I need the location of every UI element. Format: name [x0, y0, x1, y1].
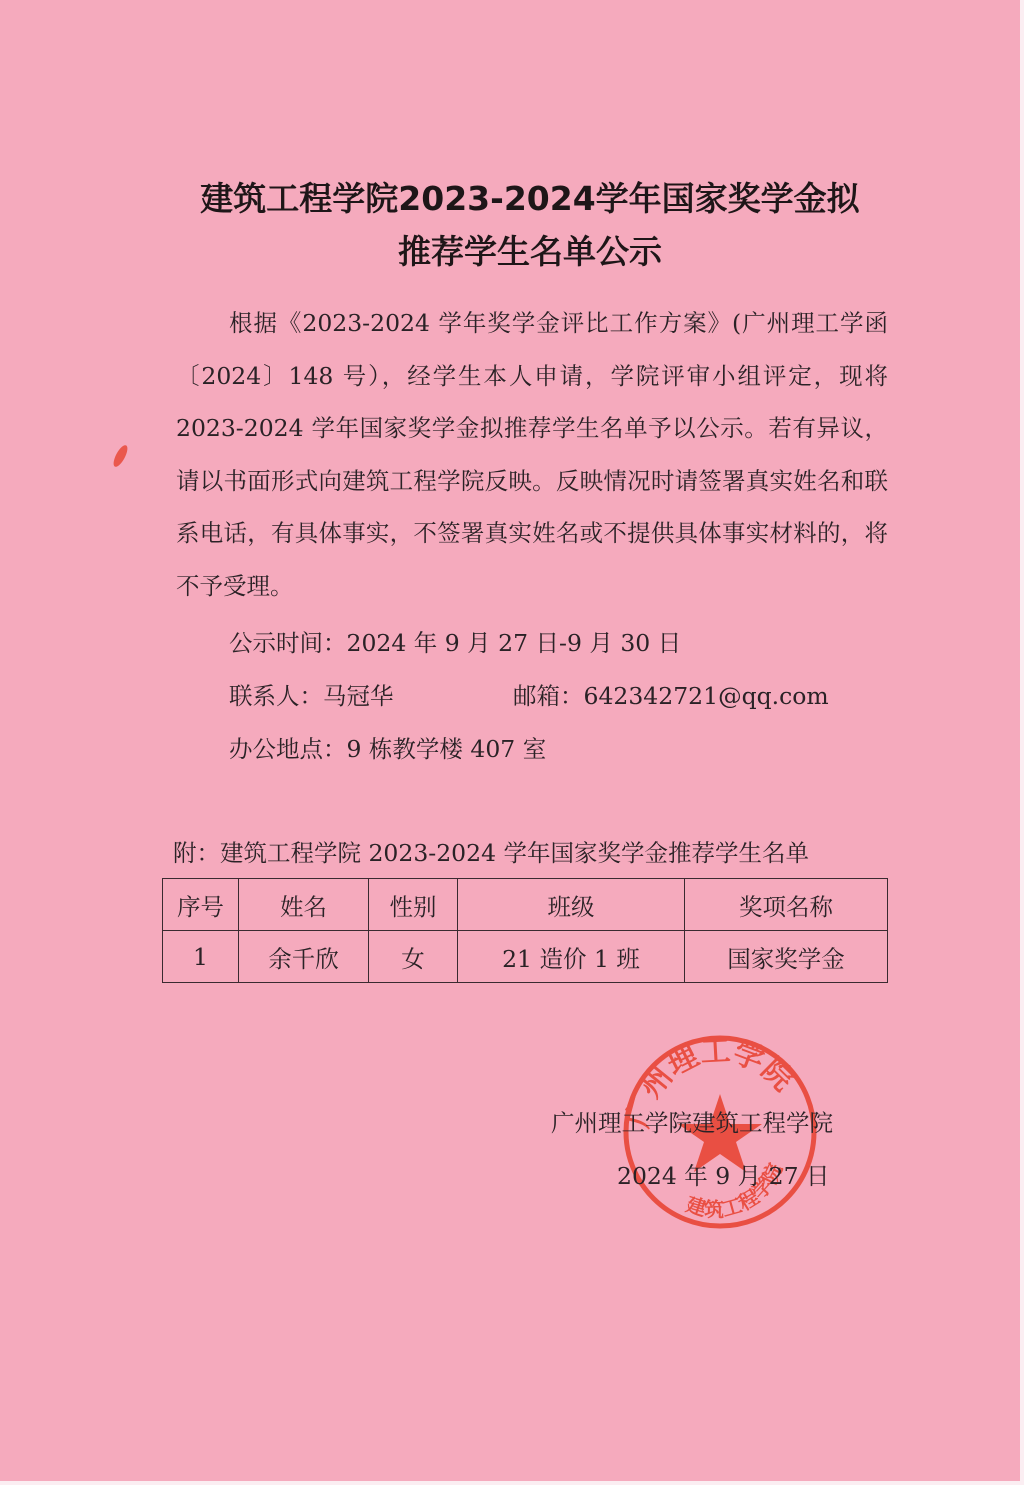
document-page: 建筑工程学院2023-2024学年国家奖学金拟 推荐学生名单公示 根据《2023…	[0, 0, 1020, 1481]
cell-name: 余千欣	[239, 931, 369, 983]
header-index: 序号	[163, 879, 239, 931]
contact-person: 联系人：马冠华	[229, 677, 394, 711]
cell-index: 1	[163, 931, 239, 983]
recommended-students-table: 序号 姓名 性别 班级 奖项名称 1 余千欣 女 21 造价 1 班 国家奖学金	[162, 878, 888, 983]
cell-award: 国家奖学金	[685, 931, 888, 983]
body-paragraph-text: 根据《2023-2024 学年奖学金评比工作方案》(广州理工学函〔2024〕14…	[176, 309, 888, 600]
header-gender: 性别	[369, 879, 458, 931]
publicity-period: 公示时间：2024 年 9 月 27 日-9 月 30 日	[229, 624, 681, 658]
signing-organization: 广州理工学院建筑工程学院	[551, 1104, 833, 1138]
header-award: 奖项名称	[685, 879, 888, 931]
document-title-line2: 推荐学生名单公示	[150, 226, 910, 273]
header-class: 班级	[458, 879, 685, 931]
annex-title: 附：建筑工程学院 2023-2024 学年国家奖学金推荐学生名单	[173, 834, 809, 868]
document-title-line1: 建筑工程学院2023-2024学年国家奖学金拟	[150, 173, 910, 220]
body-paragraph: 根据《2023-2024 学年奖学金评比工作方案》(广州理工学函〔2024〕14…	[176, 297, 888, 612]
ink-speck	[111, 443, 130, 468]
table-row: 1 余千欣 女 21 造价 1 班 国家奖学金	[163, 931, 888, 983]
signing-date: 2024 年 9 月 27 日	[617, 1157, 830, 1191]
table-header-row: 序号 姓名 性别 班级 奖项名称	[163, 879, 888, 931]
cell-gender: 女	[369, 931, 458, 983]
contact-email: 邮箱：642342721@qq.com	[513, 677, 829, 711]
header-name: 姓名	[239, 879, 369, 931]
office-location: 办公地点：9 栋教学楼 407 室	[229, 730, 546, 764]
cell-class: 21 造价 1 班	[458, 931, 685, 983]
